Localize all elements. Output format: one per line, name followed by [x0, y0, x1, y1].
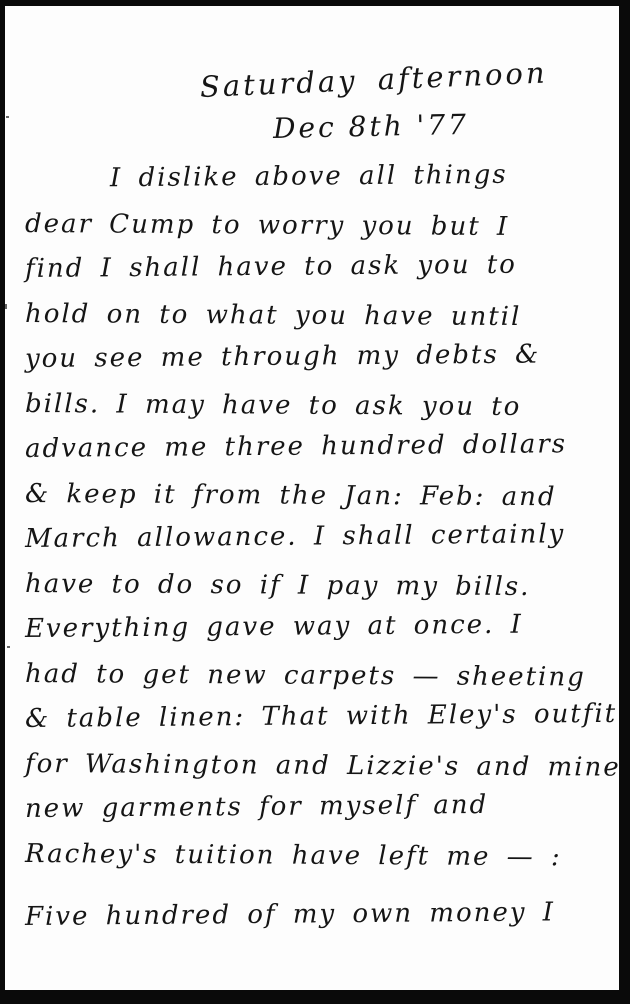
letter-line: you see me through my debts & [25, 332, 613, 382]
letter-line: advance me three hundred dollars [25, 422, 613, 472]
scan-speck [6, 116, 9, 118]
letter-line: Five hundred of my own money I [25, 890, 613, 940]
letter-dateline: Saturday afternoon Dec 8th '77 [5, 6, 619, 145]
letter-body: I dislike above all thingsdear Cump to w… [5, 157, 619, 940]
letter-line: find I shall have to ask you to [25, 242, 613, 292]
scan-speck [5, 304, 7, 309]
letter-dateline-day: Saturday afternoon [199, 52, 619, 104]
scan-speck [7, 646, 10, 648]
letter-dateline-date: Dec 8th '77 [273, 105, 619, 145]
letter-line: & table linen: That with Eley's outfit [25, 692, 613, 742]
letter-line: I dislike above all things [25, 152, 613, 202]
letter-line: Rachey's tuition have left me — : [25, 832, 613, 881]
letter-page: Saturday afternoon Dec 8th '77 I dislike… [5, 6, 619, 990]
letter-line: new garments for myself and [25, 782, 613, 832]
letter-line: Everything gave way at once. I [25, 602, 613, 652]
letter-line: March allowance. I shall certainly [25, 512, 613, 562]
scanned-letter: Saturday afternoon Dec 8th '77 I dislike… [0, 0, 630, 1004]
